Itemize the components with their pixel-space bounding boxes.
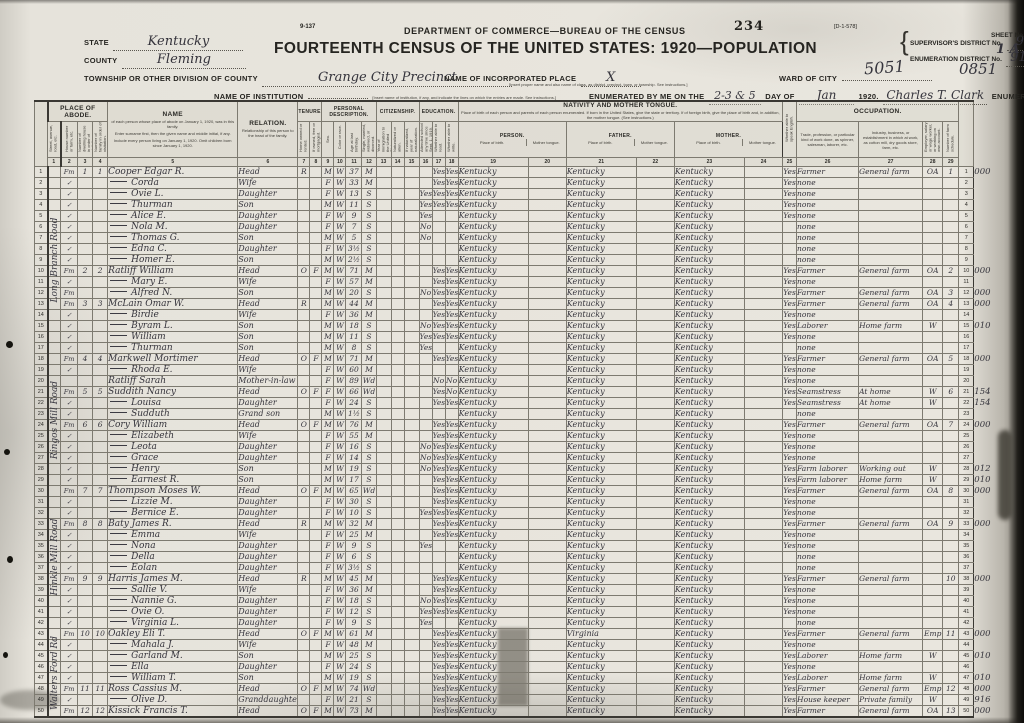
cell-school: No <box>419 442 432 453</box>
cell-mother-birthplace: Kentucky <box>674 629 744 640</box>
cell-school: Yes <box>419 541 432 552</box>
cell-naturalization-year <box>404 409 419 420</box>
cell-race: W <box>334 651 346 662</box>
cell-sex: M <box>322 574 334 585</box>
cell-naturalized <box>391 321 404 332</box>
cell-farm-schedule <box>943 651 959 662</box>
cell-sex: M <box>322 167 334 178</box>
cell-race: W <box>334 497 346 508</box>
cell-farm-schedule: 5 <box>943 354 959 365</box>
cell-father-tongue <box>636 508 674 519</box>
cell-farm-schedule <box>943 343 959 354</box>
cell-write: Yes <box>445 574 458 585</box>
cell-person-birthplace: Kentucky <box>458 585 528 596</box>
cell-relation: Mother-in-law <box>238 376 298 387</box>
cell-house-farm: ✓ <box>61 530 78 541</box>
cell-line-number: 30 <box>35 486 48 497</box>
cell-father-tongue <box>636 409 674 420</box>
cell-house-farm: Fm <box>61 706 78 718</box>
cell-family-number <box>93 288 108 299</box>
cell-marital: M <box>362 640 376 651</box>
cell-employer-class <box>923 431 943 442</box>
cell-farm-schedule <box>943 409 959 420</box>
cell-line-number: 50 <box>35 706 48 718</box>
cell-margin-code: 000 <box>974 486 992 497</box>
cell-read: Yes <box>432 574 445 585</box>
cell-tenure <box>298 211 310 222</box>
cell-read <box>432 365 445 376</box>
cell-school: Yes <box>419 618 432 629</box>
cell-occupation: none <box>797 233 859 244</box>
cell-person-birthplace: Kentucky <box>458 673 528 684</box>
scan-edge-top <box>0 0 1024 4</box>
cell-marital: S <box>362 255 376 266</box>
cell-father-birthplace: Kentucky <box>566 200 636 211</box>
cell-read: Yes <box>432 530 445 541</box>
cell-father-tongue <box>636 343 674 354</box>
col-house-farm-label: House number or farm, etc. <box>65 122 74 152</box>
cell-marital: M <box>362 365 376 376</box>
cell-write: Yes <box>445 299 458 310</box>
township-value: Grange City Precinct <box>318 70 457 85</box>
cell-relation: Daughter <box>238 189 298 200</box>
cell-tenure-free <box>310 585 322 596</box>
cell-read: Yes <box>432 640 445 651</box>
cell-margin-code: 000 <box>974 684 992 695</box>
cell-english: Yes <box>783 288 797 299</box>
cell-read: Yes <box>432 310 445 321</box>
cell-relation: Wife <box>238 640 298 651</box>
cell-english: Yes <box>783 321 797 332</box>
cell-person-tongue <box>528 486 566 497</box>
cell-name: Thompson Moses W. <box>108 486 238 497</box>
cell-tenure: O <box>298 684 310 695</box>
cell-farm-schedule <box>943 310 959 321</box>
cell-read: Yes <box>432 629 445 640</box>
cell-tenure <box>298 178 310 189</box>
cell-line-number: 1 <box>35 167 48 178</box>
cell-marital: S <box>362 497 376 508</box>
cell-name: Birdie <box>108 310 238 321</box>
cell-person-birthplace: Kentucky <box>458 486 528 497</box>
cell-age: 9 <box>346 541 362 552</box>
cell-line-number: 13 <box>35 299 48 310</box>
cell-occupation: none <box>797 222 859 233</box>
cell-house-farm: ✓ <box>61 618 78 629</box>
cell-tenure-free: F <box>310 420 322 431</box>
cell-school: Yes <box>419 343 432 354</box>
ditto-mark <box>110 676 127 678</box>
table-row: 23✓SudduthGrand sonMW1½SKentuckyKentucky… <box>35 409 993 420</box>
cell-dwelling-number: 12 <box>78 706 93 718</box>
cell-mother-tongue <box>744 563 782 574</box>
table-row: 11✓Mary E.WifeFW57MYesYesKentuckyKentuck… <box>35 277 993 288</box>
cell-mother-birthplace: Kentucky <box>674 508 744 519</box>
cell-dwelling-number <box>78 475 93 486</box>
cell-mother-birthplace: Kentucky <box>674 277 744 288</box>
ditto-mark <box>110 500 127 502</box>
ward-label: WARD OF CITY <box>779 74 837 83</box>
cell-family-number <box>93 695 108 706</box>
cell-sex: M <box>322 629 334 640</box>
cell-read: Yes <box>432 607 445 618</box>
cell-name: Della <box>108 552 238 563</box>
cell-naturalized <box>391 519 404 530</box>
cell-house-farm: ✓ <box>61 552 78 563</box>
cell-tenure <box>298 431 310 442</box>
cell-naturalization-year <box>404 398 419 409</box>
cell-mother-tongue <box>744 288 782 299</box>
column-number: 6 <box>238 158 298 167</box>
cell-industry: General farm <box>859 299 923 310</box>
cell-mother-tongue <box>744 640 782 651</box>
cell-marital: M <box>362 530 376 541</box>
cell-line-number: 47 <box>35 673 48 684</box>
cell-mother-tongue <box>744 266 782 277</box>
cell-name: Alice E. <box>108 211 238 222</box>
cell-person-birthplace: Kentucky <box>458 475 528 486</box>
cell-naturalization-year <box>404 519 419 530</box>
cell-employer-class <box>923 530 943 541</box>
cell-race: W <box>334 486 346 497</box>
table-row: 45✓Garland M.SonMW25SYesYesKentuckyKentu… <box>35 651 993 662</box>
cell-marital: M <box>362 431 376 442</box>
cell-dwelling-number <box>78 453 93 464</box>
cell-dwelling-number <box>78 288 93 299</box>
cell-english: Yes <box>783 178 797 189</box>
cell-person-birthplace: Kentucky <box>458 464 528 475</box>
cell-english <box>783 618 797 629</box>
cell-race: W <box>334 222 346 233</box>
cell-industry <box>859 233 923 244</box>
col-school-label: Attended school any time since Sept. 1, … <box>420 122 433 152</box>
cell-immigration-year <box>376 255 391 266</box>
cell-dwelling-number <box>78 321 93 332</box>
cell-industry <box>859 310 923 321</box>
ditto-mark <box>110 643 127 645</box>
cell-naturalized <box>391 541 404 552</box>
cell-name: Suddith Nancy <box>108 387 238 398</box>
cell-tenure-free: F <box>310 387 322 398</box>
cell-mother-birthplace: Kentucky <box>674 585 744 596</box>
column-number: 26 <box>797 158 859 167</box>
cell-relation: Head <box>238 354 298 365</box>
cell-write: Yes <box>445 200 458 211</box>
cell-immigration-year <box>376 189 391 200</box>
cell-naturalization-year <box>404 618 419 629</box>
cell-marital: S <box>362 662 376 673</box>
column-number: 20 <box>528 158 566 167</box>
cell-farm-schedule <box>943 585 959 596</box>
cell-write: Yes <box>445 695 458 706</box>
cell-tenure <box>298 244 310 255</box>
cell-age: 11 <box>346 332 362 343</box>
cell-naturalization-year <box>404 706 419 718</box>
cell-english: Yes <box>783 695 797 706</box>
ditto-mark <box>110 698 127 700</box>
cell-marital: S <box>362 332 376 343</box>
cell-write <box>445 365 458 376</box>
cell-family-number <box>93 332 108 343</box>
cell-industry <box>859 255 923 266</box>
cell-line-number-right: 17 <box>959 343 974 354</box>
cell-farm-schedule <box>943 508 959 519</box>
margin-column-header <box>974 101 992 167</box>
cell-father-birthplace: Kentucky <box>566 563 636 574</box>
cell-person-birthplace: Kentucky <box>458 211 528 222</box>
cell-line-number-right: 46 <box>959 662 974 673</box>
cell-mother-birthplace: Kentucky <box>674 332 744 343</box>
cell-person-tongue <box>528 497 566 508</box>
cell-employer-class <box>923 277 943 288</box>
cell-tenure: O <box>298 629 310 640</box>
cell-naturalized <box>391 486 404 497</box>
cell-father-tongue <box>636 585 674 596</box>
cell-father-tongue <box>636 662 674 673</box>
cell-naturalization-year <box>404 211 419 222</box>
group-place-of-abode: PLACE OF ABODE. <box>48 101 108 122</box>
ditto-mark <box>110 665 127 667</box>
cell-naturalized <box>391 189 404 200</box>
cell-line-number: 46 <box>35 662 48 673</box>
cell-marital: S <box>362 244 376 255</box>
cell-line-number-right: 34 <box>959 530 974 541</box>
cell-person-tongue <box>528 211 566 222</box>
cell-race: W <box>334 277 346 288</box>
cell-father-tongue <box>636 695 674 706</box>
cell-farm-schedule <box>943 695 959 706</box>
cell-mother-birthplace: Kentucky <box>674 299 744 310</box>
cell-name: McLain Omar W. <box>108 299 238 310</box>
cell-house-farm: ✓ <box>61 398 78 409</box>
ditto-mark <box>110 324 127 326</box>
cell-race: W <box>334 585 346 596</box>
cell-occupation: none <box>797 376 859 387</box>
cell-line-number-right: 22 <box>959 398 974 409</box>
cell-tenure-free <box>310 222 322 233</box>
cell-naturalized <box>391 420 404 431</box>
cell-dwelling-number <box>78 530 93 541</box>
column-number: 8 <box>310 158 322 167</box>
cell-immigration-year <box>376 233 391 244</box>
cell-occupation: none <box>797 343 859 354</box>
cell-father-birthplace: Kentucky <box>566 519 636 530</box>
cell-occupation: Farmer <box>797 420 859 431</box>
cell-industry <box>859 332 923 343</box>
cell-family-number <box>93 530 108 541</box>
cell-tenure-free: F <box>310 629 322 640</box>
line-number-header-right <box>959 101 974 167</box>
cell-line-number: 42 <box>35 618 48 629</box>
cell-margin-code <box>974 640 992 651</box>
cell-age: 44 <box>346 299 362 310</box>
cell-mother-tongue <box>744 321 782 332</box>
cell-race: W <box>334 563 346 574</box>
cell-industry <box>859 376 923 387</box>
cell-margin-code <box>974 431 992 442</box>
cell-marital: S <box>362 508 376 519</box>
cell-employer-class <box>923 332 943 343</box>
cell-tenure <box>298 288 310 299</box>
cell-naturalization-year <box>404 222 419 233</box>
cell-line-number: 12 <box>35 288 48 299</box>
cell-race: W <box>334 409 346 420</box>
cell-occupation: none <box>797 607 859 618</box>
col-race-label: Color or race. <box>338 125 342 149</box>
cell-age: 71 <box>346 266 362 277</box>
cell-father-tongue <box>636 640 674 651</box>
ditto-mark <box>110 335 127 337</box>
cell-dwelling-number <box>78 376 93 387</box>
cell-occupation: Farmer <box>797 299 859 310</box>
column-number: 24 <box>744 158 782 167</box>
cell-mother-birthplace: Kentucky <box>674 288 744 299</box>
cell-mother-tongue <box>744 486 782 497</box>
state-label: STATE <box>84 38 109 47</box>
cell-read: Yes <box>432 167 445 178</box>
cell-mother-birthplace: Kentucky <box>674 651 744 662</box>
cell-father-birthplace: Kentucky <box>566 552 636 563</box>
cell-house-farm: Fm <box>61 486 78 497</box>
cell-tenure-free <box>310 695 322 706</box>
scan-edge-right <box>1008 0 1024 723</box>
table-row: 26✓LeotaDaughterFW16SNoYesYesKentuckyKen… <box>35 442 993 453</box>
cell-line-number: 48 <box>35 684 48 695</box>
cell-write: Yes <box>445 629 458 640</box>
cell-marital: M <box>362 519 376 530</box>
cell-father-tongue <box>636 222 674 233</box>
cell-mother-tongue <box>744 508 782 519</box>
cell-name: Mary E. <box>108 277 238 288</box>
cell-father-tongue <box>636 266 674 277</box>
cell-age: 20 <box>346 288 362 299</box>
subgroup-mother: MOTHER. Place of birth.Mother tongue. <box>674 122 782 158</box>
cell-line-number: 10 <box>35 266 48 277</box>
cell-naturalized <box>391 695 404 706</box>
cell-name: Lizzie M. <box>108 497 238 508</box>
cell-father-tongue <box>636 255 674 266</box>
cell-english <box>783 255 797 266</box>
cell-margin-code <box>974 409 992 420</box>
cell-margin-code: 000 <box>974 299 992 310</box>
cell-school: Yes <box>419 189 432 200</box>
cell-father-tongue <box>636 442 674 453</box>
ditto-mark <box>110 621 127 623</box>
cell-relation: Son <box>238 651 298 662</box>
cell-person-tongue <box>528 662 566 673</box>
cell-relation: Head <box>238 684 298 695</box>
cell-tenure-free <box>310 409 322 420</box>
cell-line-number: 37 <box>35 563 48 574</box>
cell-person-tongue <box>528 541 566 552</box>
cell-line-number: 31 <box>35 497 48 508</box>
cell-dwelling-number <box>78 222 93 233</box>
cell-family-number <box>93 497 108 508</box>
cell-father-tongue <box>636 233 674 244</box>
cell-margin-code <box>974 211 992 222</box>
cell-person-tongue <box>528 299 566 310</box>
cell-line-number: 15 <box>35 321 48 332</box>
cell-line-number-right: 35 <box>959 541 974 552</box>
cell-tenure-free <box>310 178 322 189</box>
table-row: 4✓ThurmanSonMW11SYesYesYesKentuckyKentuc… <box>35 200 993 211</box>
cell-margin-code <box>974 607 992 618</box>
cell-naturalization-year <box>404 255 419 266</box>
cell-person-tongue <box>528 519 566 530</box>
cell-family-number: 6 <box>93 420 108 431</box>
cell-margin-code: 000 <box>974 354 992 365</box>
cell-margin-code: 000 <box>974 629 992 640</box>
cell-father-tongue <box>636 486 674 497</box>
census-scan-page: 9-137 DEPARTMENT OF COMMERCE—BUREAU OF T… <box>0 0 1024 723</box>
table-row: 10Fm22Ratliff WilliamHeadOFMW71MYesYesKe… <box>35 266 993 277</box>
cell-tenure-free <box>310 211 322 222</box>
cell-person-birthplace: Kentucky <box>458 255 528 266</box>
cell-school: No <box>419 233 432 244</box>
cell-person-birthplace: Kentucky <box>458 519 528 530</box>
name-group-note1: Enter surname first, then the given name… <box>108 130 237 137</box>
cell-read: Yes <box>432 288 445 299</box>
cell-dwelling-number <box>78 200 93 211</box>
cell-name: Earnest R. <box>108 475 238 486</box>
cell-mother-birthplace: Kentucky <box>674 519 744 530</box>
cell-industry <box>859 552 923 563</box>
cell-tenure <box>298 376 310 387</box>
cell-father-tongue <box>636 453 674 464</box>
cell-father-birthplace: Kentucky <box>566 464 636 475</box>
cell-line-number-right: 45 <box>959 651 974 662</box>
cell-person-tongue <box>528 684 566 695</box>
cell-relation: Son <box>238 673 298 684</box>
cell-farm-schedule <box>943 431 959 442</box>
cell-sex: M <box>322 475 334 486</box>
cell-occupation: Farmer <box>797 629 859 640</box>
cell-age: 17 <box>346 475 362 486</box>
cell-read: Yes <box>432 321 445 332</box>
cell-industry: Home farm <box>859 321 923 332</box>
cell-street <box>48 618 61 629</box>
cell-person-tongue <box>528 453 566 464</box>
cell-farm-schedule: 10 <box>943 574 959 585</box>
cell-employer-class <box>923 189 943 200</box>
ditto-mark <box>110 544 127 546</box>
cell-name: Emma <box>108 530 238 541</box>
cell-employer-class <box>923 607 943 618</box>
cell-dwelling-number <box>78 563 93 574</box>
cell-race: W <box>334 211 346 222</box>
cell-family-number <box>93 233 108 244</box>
cell-tenure-free: F <box>310 486 322 497</box>
cell-family-number <box>93 662 108 673</box>
cell-employer-class <box>923 343 943 354</box>
cell-naturalized <box>391 354 404 365</box>
cell-tenure-free <box>310 365 322 376</box>
cell-father-tongue <box>636 530 674 541</box>
cell-race: W <box>334 354 346 365</box>
cell-mother-birthplace: Kentucky <box>674 673 744 684</box>
column-number: 4 <box>93 158 108 167</box>
cell-line-number-right: 36 <box>959 552 974 563</box>
cell-school <box>419 629 432 640</box>
cell-mother-birthplace: Kentucky <box>674 343 744 354</box>
name-group-title: NAME <box>108 111 237 118</box>
cell-dwelling-number: 2 <box>78 266 93 277</box>
cell-farm-schedule <box>943 662 959 673</box>
cell-naturalization-year <box>404 684 419 695</box>
ditto-mark <box>110 236 127 238</box>
cell-dwelling-number <box>78 651 93 662</box>
cell-dwelling-number <box>78 596 93 607</box>
